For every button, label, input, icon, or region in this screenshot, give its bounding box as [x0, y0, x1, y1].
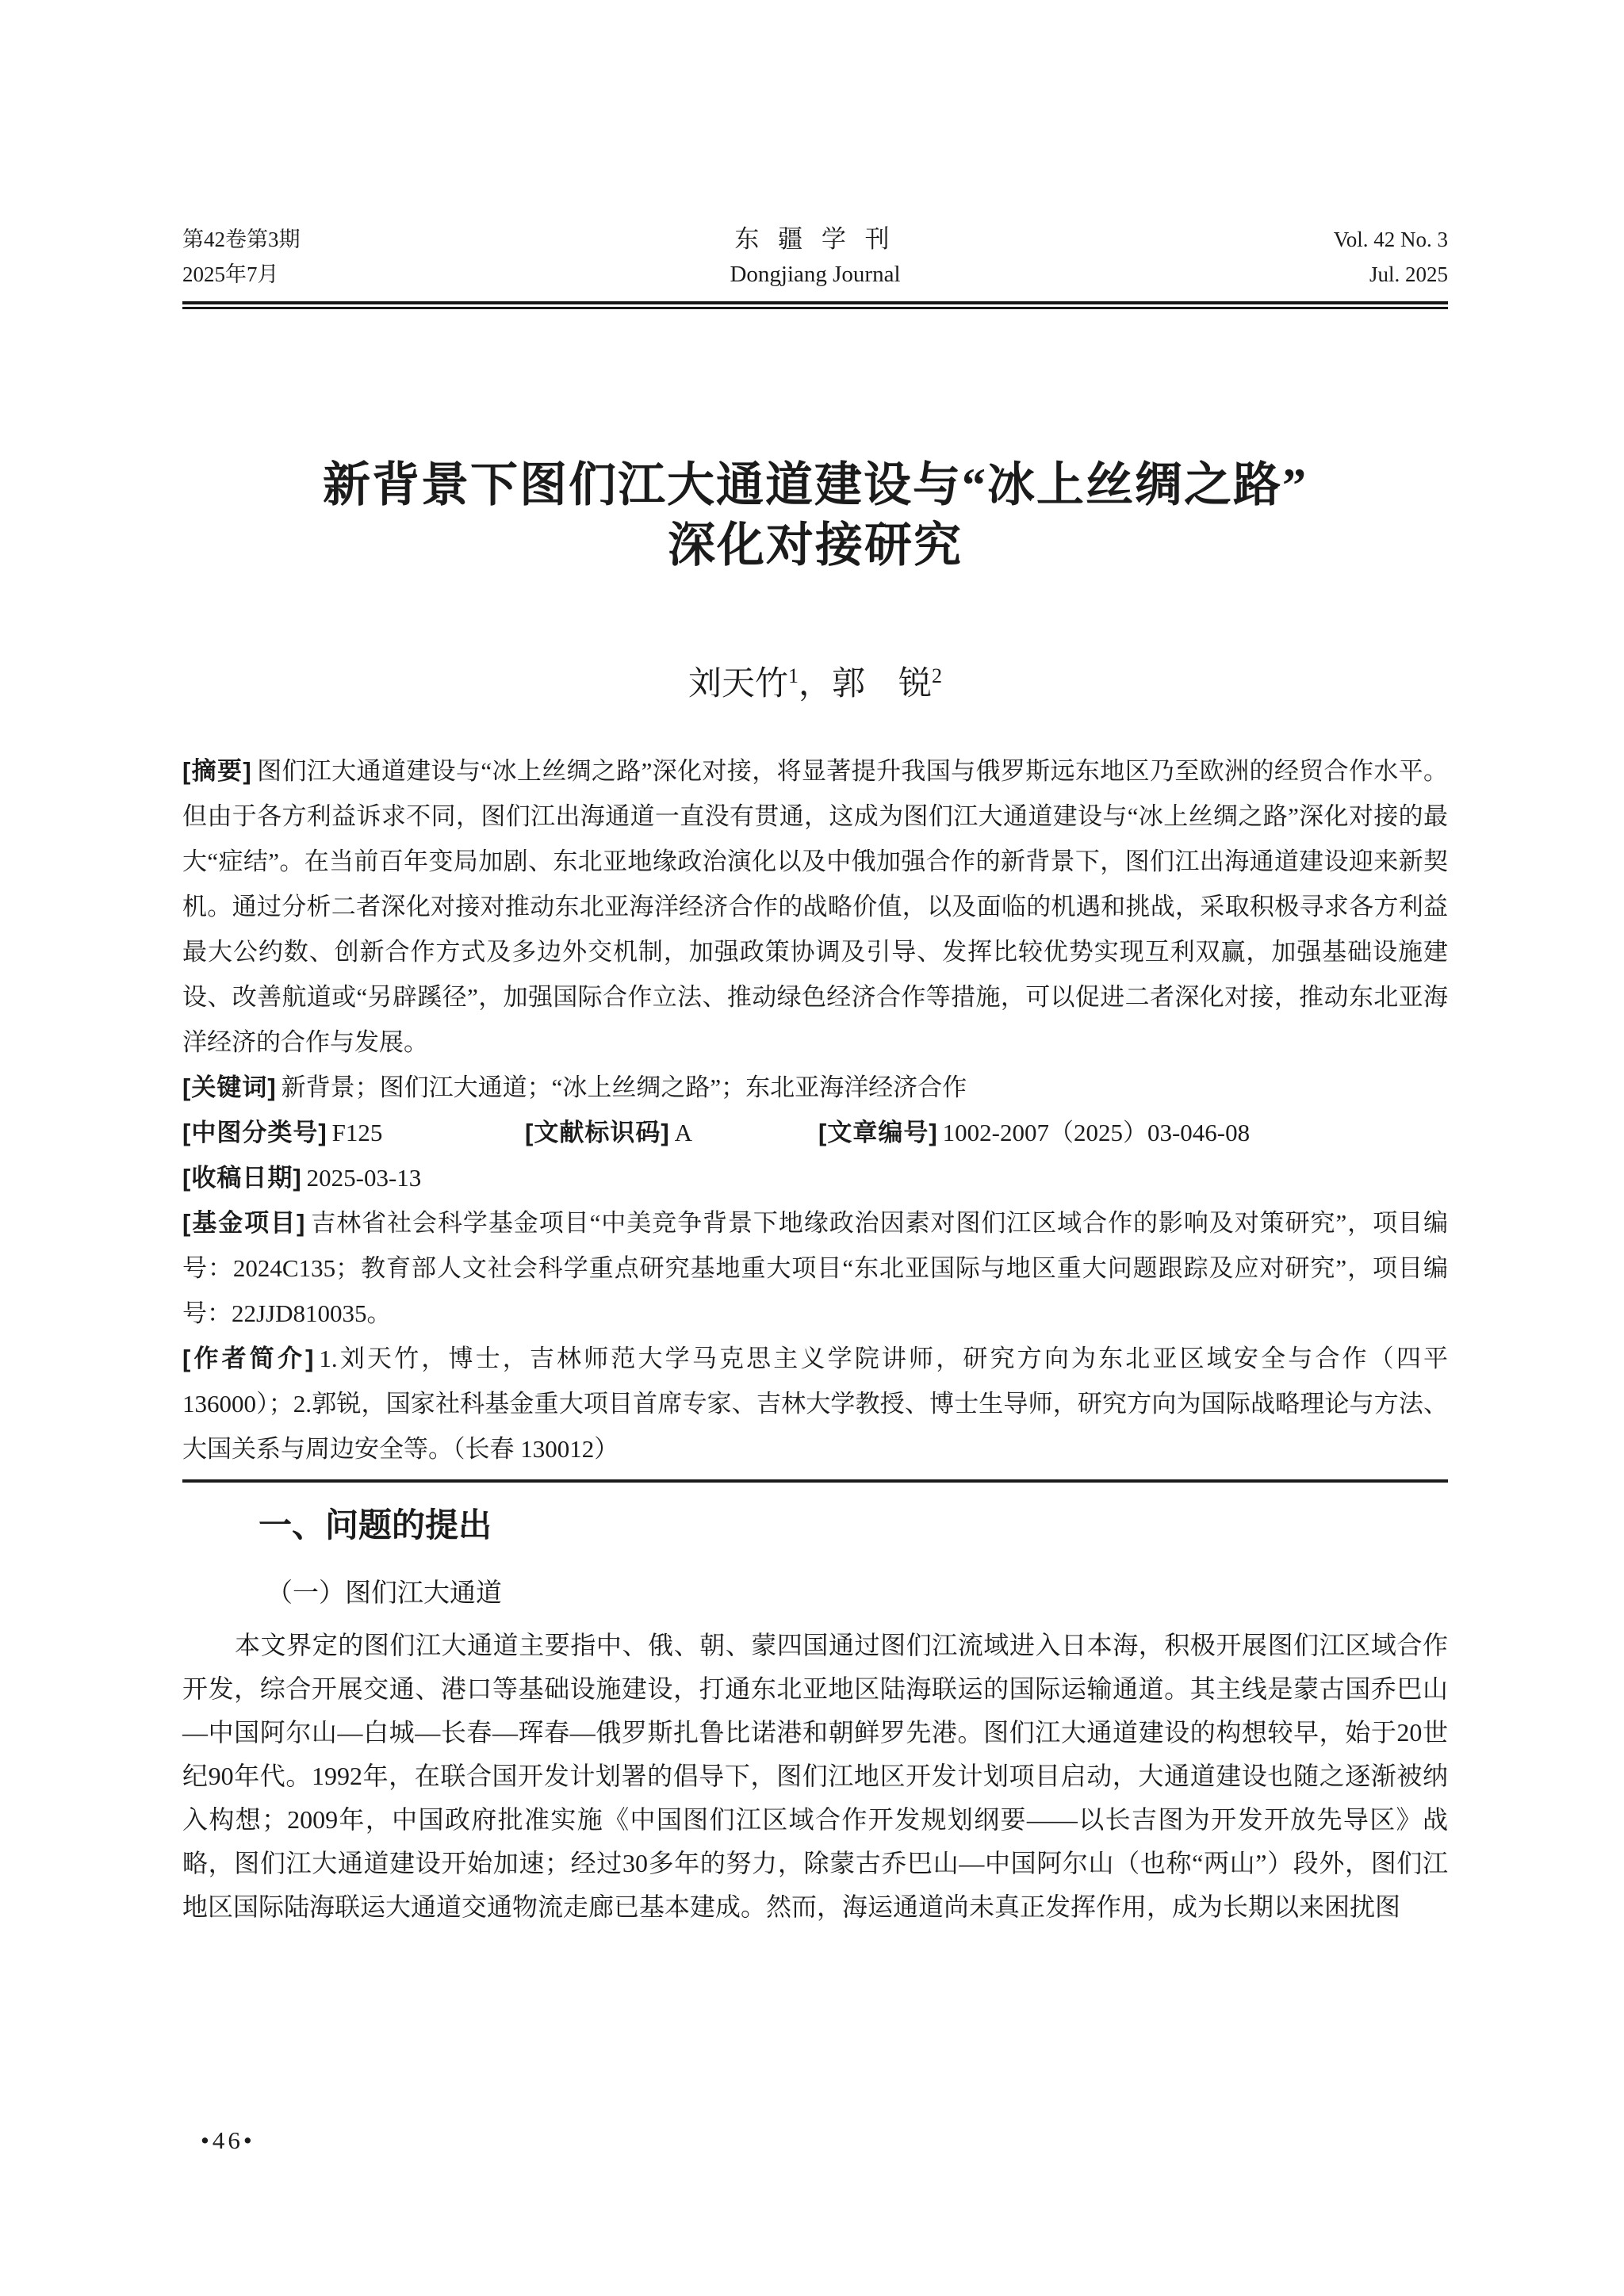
- author-2-name: 郭 锐: [832, 666, 932, 702]
- subsection-1-1-heading: （一）图们江大通道: [182, 1576, 1448, 1611]
- keywords-line: [关键词]新背景；图们江大通道；“冰上丝绸之路”；东北亚海洋经济合作: [182, 1065, 1448, 1110]
- article-no-value: 1002-2007（2025）03-046-08: [943, 1119, 1250, 1146]
- keywords-text: 新背景；图们江大通道；“冰上丝绸之路”；东北亚海洋经济合作: [282, 1073, 967, 1101]
- author-1-superscript: 1: [788, 664, 799, 687]
- front-matter-divider-rule: [182, 1479, 1448, 1483]
- header-left: 第42卷第3期 2025年7月: [182, 222, 452, 292]
- received-label: [收稿日期]: [182, 1164, 302, 1192]
- doc-code-value: A: [675, 1119, 692, 1146]
- classification-row: [中图分类号]F125 [文献标识码]A [文章编号]1002-2007（202…: [182, 1110, 1448, 1155]
- header-right: Vol. 42 No. 3 Jul. 2025: [1178, 222, 1448, 292]
- author-bio-text: 1.刘天竹，博士，吉林师范大学马克思主义学院讲师，研究方向为东北亚区域安全与合作…: [182, 1345, 1448, 1463]
- clc-label: [中图分类号]: [182, 1119, 327, 1146]
- journal-page: 第42卷第3期 2025年7月 东 疆 学 刊 Dongjiang Journa…: [0, 0, 1624, 2296]
- abstract-paragraph: [摘要]图们江大通道建设与“冰上丝绸之路”深化对接，将显著提升我国与俄罗斯远东地…: [182, 748, 1448, 1065]
- journal-title-cn: 东 疆 学 刊: [452, 222, 1178, 257]
- clc-value: F125: [332, 1119, 383, 1146]
- received-value: 2025-03-13: [307, 1164, 422, 1192]
- authors-line: 刘天竹1，郭 锐2: [182, 653, 1448, 707]
- abstract-text: 图们江大通道建设与“冰上丝绸之路”深化对接，将显著提升我国与俄罗斯远东地区乃至欧…: [182, 757, 1448, 1056]
- authors-separator: ，: [799, 666, 832, 702]
- body-paragraph-1: 本文界定的图们江大通道主要指中、俄、朝、蒙四国通过图们江流域进入日本海，积极开展…: [182, 1624, 1448, 1929]
- header-double-rule: [182, 301, 1448, 309]
- article-no-label: [文章编号]: [818, 1119, 938, 1146]
- date-cn: 2025年7月: [182, 257, 452, 292]
- date-en: Jul. 2025: [1178, 257, 1448, 292]
- section-1-heading: 一、问题的提出: [182, 1503, 1448, 1548]
- author-1-name: 刘天竹: [688, 666, 788, 702]
- article-title-line2: 深化对接研究: [182, 515, 1448, 576]
- article-title-line1: 新背景下图们江大通道建设与“冰上丝绸之路”: [182, 455, 1448, 515]
- page-number: •46•: [201, 2126, 255, 2155]
- journal-title-en: Dongjiang Journal: [452, 257, 1178, 292]
- keywords-label: [关键词]: [182, 1073, 277, 1101]
- received-date-line: [收稿日期]2025-03-13: [182, 1155, 1448, 1200]
- article-no-item: [文章编号]1002-2007（2025）03-046-08: [818, 1110, 1448, 1155]
- doc-code-label: [文献标识码]: [525, 1119, 670, 1146]
- page-content: 第42卷第3期 2025年7月 东 疆 学 刊 Dongjiang Journa…: [182, 0, 1448, 1929]
- author-2-superscript: 2: [932, 664, 942, 687]
- fund-label: [基金项目]: [182, 1209, 305, 1237]
- author-bio-paragraph: [作者简介]1.刘天竹，博士，吉林师范大学马克思主义学院讲师，研究方向为东北亚区…: [182, 1336, 1448, 1471]
- fund-text: 吉林省社会科学基金项目“中美竞争背景下地缘政治因素对图们江区域合作的影响及对策研…: [182, 1209, 1448, 1327]
- author-bio-label: [作者简介]: [182, 1345, 314, 1372]
- journal-header: 第42卷第3期 2025年7月 东 疆 学 刊 Dongjiang Journa…: [182, 222, 1448, 292]
- fund-paragraph: [基金项目]吉林省社会科学基金项目“中美竞争背景下地缘政治因素对图们江区域合作的…: [182, 1200, 1448, 1336]
- header-center: 东 疆 学 刊 Dongjiang Journal: [452, 222, 1178, 292]
- front-matter: [摘要]图们江大通道建设与“冰上丝绸之路”深化对接，将显著提升我国与俄罗斯远东地…: [182, 748, 1448, 1471]
- volume-issue-en: Vol. 42 No. 3: [1178, 222, 1448, 257]
- doc-code-item: [文献标识码]A: [525, 1110, 818, 1155]
- abstract-label: [摘要]: [182, 757, 252, 785]
- volume-issue-cn: 第42卷第3期: [182, 222, 452, 257]
- article-title: 新背景下图们江大通道建设与“冰上丝绸之路” 深化对接研究: [182, 455, 1448, 576]
- clc-item: [中图分类号]F125: [182, 1110, 525, 1155]
